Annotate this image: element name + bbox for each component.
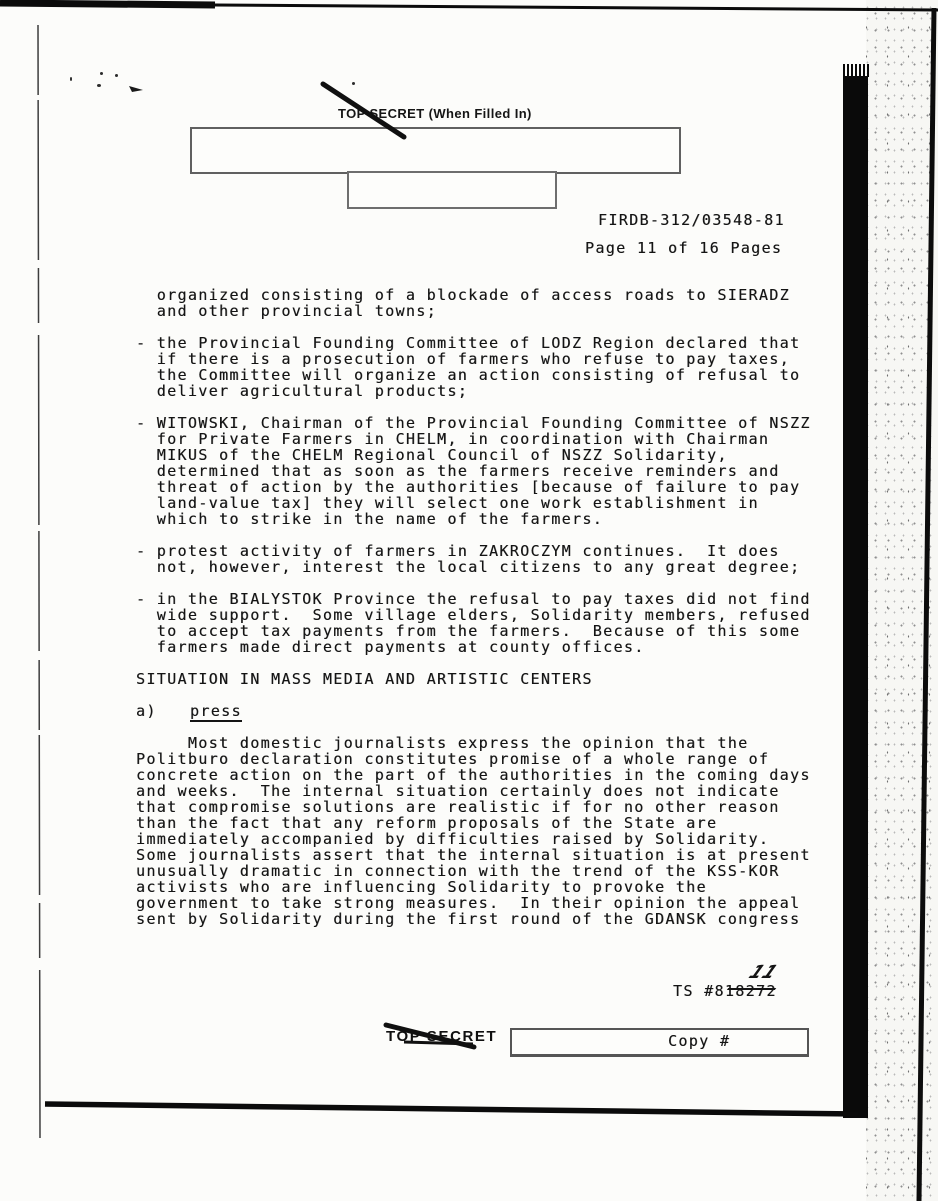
- section-heading: SITUATION IN MASS MEDIA AND ARTISTIC CEN…: [136, 671, 836, 687]
- scan-noise-margin: [866, 0, 938, 1201]
- subsection-title-underlined: press: [190, 703, 242, 722]
- top-border-line: [0, 3, 215, 5]
- bottom-classification-banner: TOP SECRET: [386, 1028, 497, 1045]
- press-paragraph: Most domestic journalists express the op…: [136, 735, 836, 927]
- pen-mark-arrow: [129, 86, 143, 92]
- binding-bar: [843, 76, 868, 1118]
- scan-speck: [100, 72, 103, 75]
- bullet-lodz-committee: - the Provincial Founding Committee of L…: [136, 335, 836, 399]
- subsection-label: a): [136, 703, 157, 719]
- document-page: TOP SECRET (When Filled In) FIRDB-312/03…: [0, 0, 938, 1201]
- copy-number-row: Copy #: [668, 1033, 777, 1051]
- subsection-press: a) press: [136, 703, 836, 719]
- redaction-box-top-small: [347, 171, 557, 209]
- scan-speck: [352, 82, 355, 85]
- bullet-zakroczym: - protest activity of farmers in ZAKROCZ…: [136, 543, 836, 575]
- bottom-rule: [45, 1104, 858, 1114]
- bullet-witowski: - WITOWSKI, Chairman of the Provincial F…: [136, 415, 836, 527]
- top-border-line: [215, 5, 938, 10]
- top-classification-banner: TOP SECRET (When Filled In): [338, 106, 532, 121]
- copy-label: Copy #: [668, 1032, 730, 1050]
- document-number: FIRDB-312/03548-81: [598, 212, 785, 228]
- left-margin-line: [38, 25, 40, 1138]
- scan-speck: [97, 84, 101, 87]
- bullet-bialystok: - in the BIALYSTOK Province the refusal …: [136, 591, 836, 655]
- paragraph-continuation: organized consisting of a blockade of ac…: [136, 287, 836, 319]
- page-number-label: Page 11 of 16 Pages: [585, 240, 782, 256]
- scan-speck: [115, 74, 118, 77]
- document-body: organized consisting of a blockade of ac…: [136, 287, 836, 943]
- redaction-box-top-large: [190, 127, 681, 174]
- scan-speck: [70, 77, 72, 81]
